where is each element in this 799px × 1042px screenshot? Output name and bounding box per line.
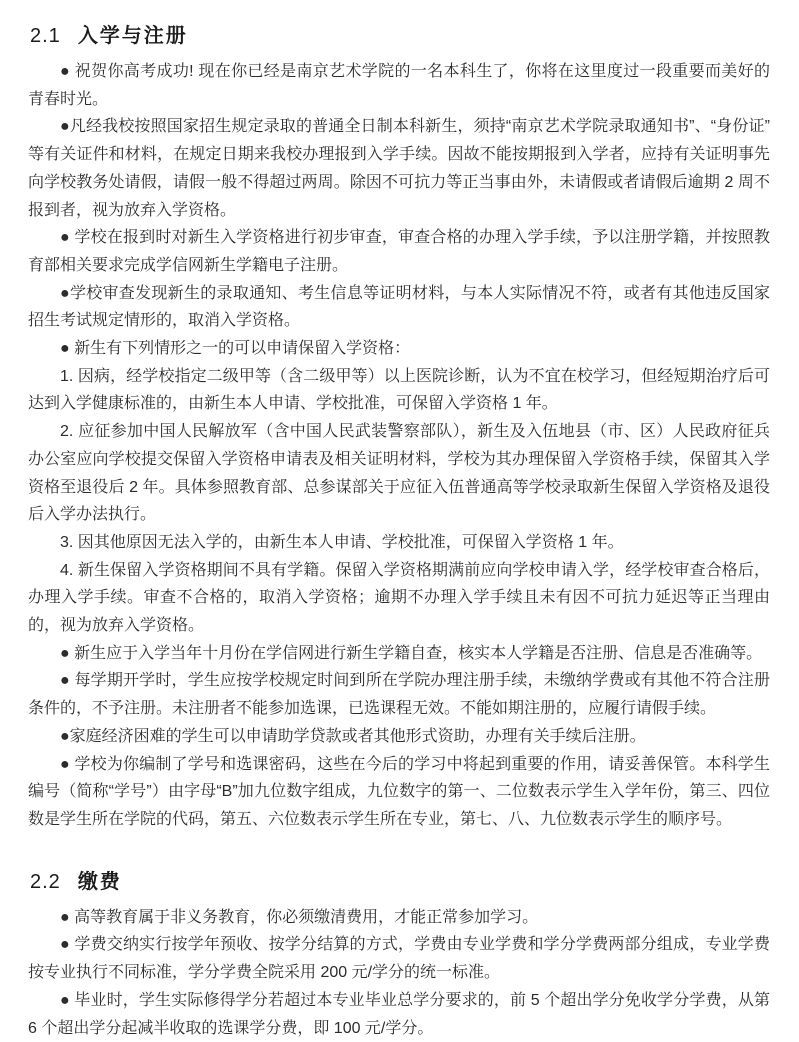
numbered-item: 3. 因其他原因无法入学的，由新生本人申请、学校批准，可保留入学资格 1 年。	[28, 529, 770, 557]
numbered-item: 4. 新生保留入学资格期间不具有学籍。保留入学资格期满前应向学校申请入学，经学校…	[28, 557, 770, 640]
paragraph: ● 新生应于入学当年十月份在学信网进行新生学籍自查，核实本人学籍是否注册、信息是…	[28, 640, 770, 668]
paragraph: ●学校审查发现新生的录取通知、考生信息等证明材料，与本人实际情况不符，或者有其他…	[28, 280, 770, 335]
paragraph: ● 新生有下列情形之一的可以申请保留入学资格：	[28, 335, 770, 363]
section-heading: 2.2 缴费	[30, 870, 770, 894]
paragraph: ● 学校为你编制了学号和选课密码，这些在今后的学习中将起到重要的作用，请妥善保管…	[28, 751, 770, 834]
paragraph: ● 每学期开学时，学生应按学校规定时间到所在学院办理注册手续，未缴纳学费或有其他…	[28, 667, 770, 722]
paragraph: ●家庭经济困难的学生可以申请助学贷款或者其他形式资助，办理有关手续后注册。	[28, 723, 770, 751]
numbered-item: 1. 因病，经学校指定二级甲等（含二级甲等）以上医院诊断，认为不宜在校学习，但经…	[28, 363, 770, 418]
section-heading: 2.1 入学与注册	[30, 24, 770, 48]
paragraph: ● 学校在报到时对新生入学资格进行初步审查，审查合格的办理入学手续，予以注册学籍…	[28, 224, 770, 279]
section-payment: 2.2 缴费 ● 高等教育属于非义务教育，你必须缴清费用，才能正常参加学习。 ●…	[28, 870, 770, 1042]
paragraph: ● 高等教育属于非义务教育，你必须缴清费用，才能正常参加学习。	[28, 904, 770, 932]
numbered-item: 2. 应征参加中国人民解放军（含中国人民武装警察部队），新生及入伍地县（市、区）…	[28, 418, 770, 529]
section-title: 缴费	[78, 870, 122, 894]
section-number: 2.1	[30, 24, 61, 48]
paragraph: ● 毕业时，学生实际修得学分若超过本专业毕业总学分要求的，前 5 个超出学分免收…	[28, 987, 770, 1042]
document-page: 2.1 入学与注册 ● 祝贺你高考成功! 现在你已经是南京艺术学院的一名本科生了…	[0, 0, 799, 1042]
section-number: 2.2	[30, 870, 61, 894]
section-enrollment-registration: 2.1 入学与注册 ● 祝贺你高考成功! 现在你已经是南京艺术学院的一名本科生了…	[28, 24, 770, 834]
section-title: 入学与注册	[78, 24, 188, 48]
paragraph: ●凡经我校按照国家招生规定录取的普通全日制本科新生，须持“南京艺术学院录取通知书…	[28, 113, 770, 224]
paragraph: ● 学费交纳实行按学年预收、按学分结算的方式，学费由专业学费和学分学费两部分组成…	[28, 931, 770, 986]
paragraph: ● 祝贺你高考成功! 现在你已经是南京艺术学院的一名本科生了，你将在这里度过一段…	[28, 58, 770, 113]
